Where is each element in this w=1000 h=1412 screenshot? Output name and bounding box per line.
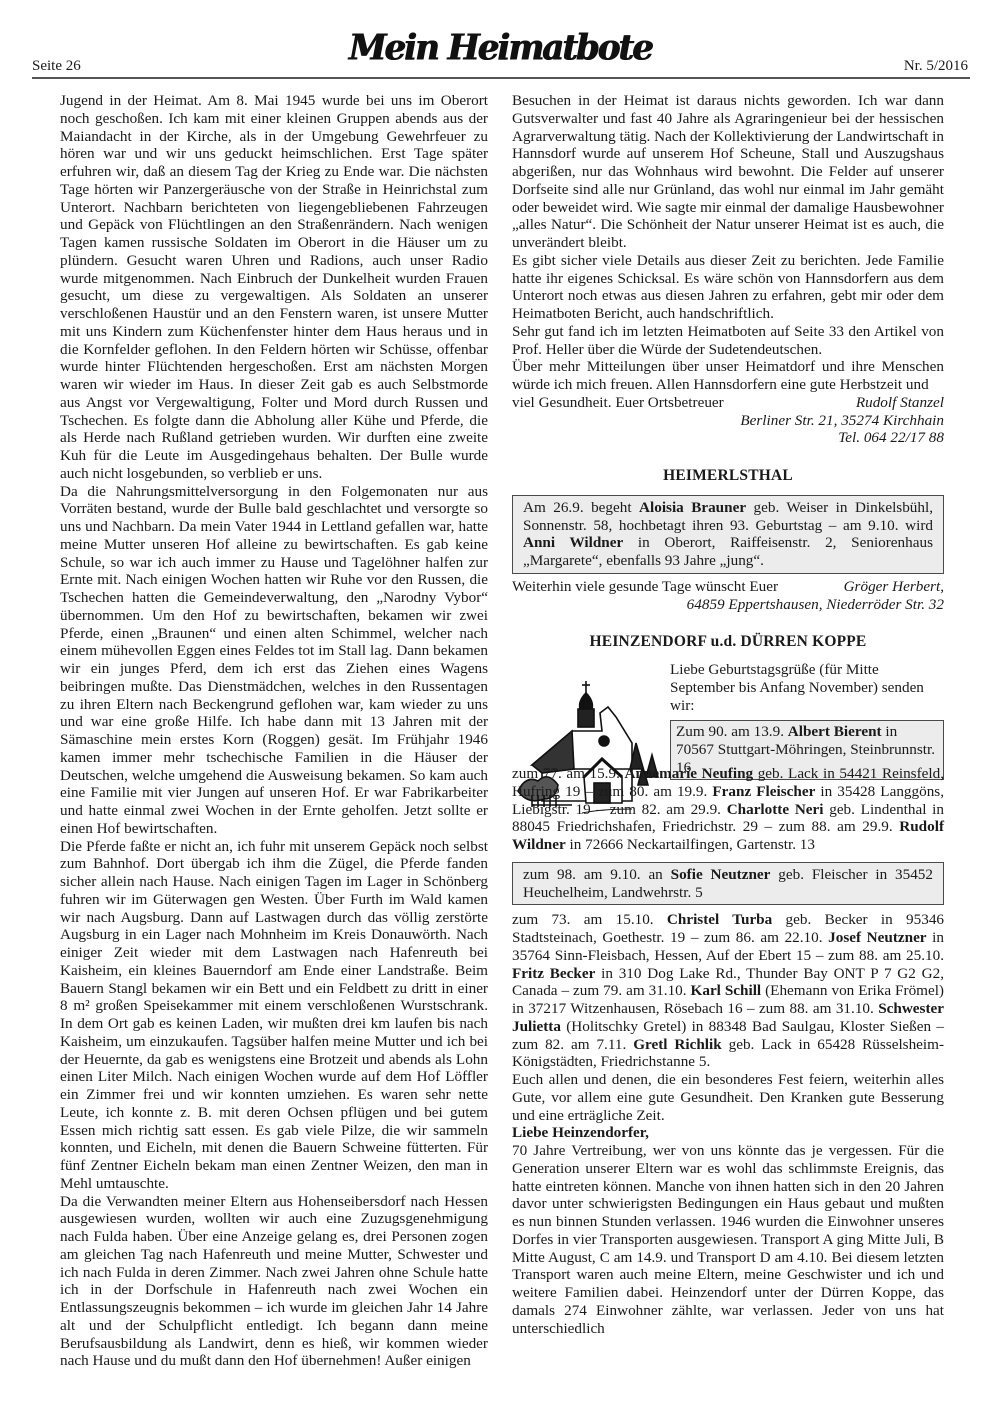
section-title-heinzendorf: HEINZENDORF u.d. DÜRREN KOPPE	[512, 633, 944, 651]
person-name: Aloisia Brauner	[639, 499, 746, 516]
closing-text: viel Gesundheit. Euer Ortsbetreuer	[512, 394, 724, 412]
issue-number: Nr. 5/2016	[904, 58, 968, 75]
person-name: Charlotte Neri	[727, 801, 824, 818]
text: zum 73. am 15.10.	[512, 911, 667, 928]
paragraph: Sehr gut fand ich im letzten Heimatboten…	[512, 323, 944, 359]
paragraph: Es gibt sicher viele Details aus dieser …	[512, 252, 944, 323]
signature-address: 64859 Eppertshausen, Niederröder Str. 32	[512, 596, 944, 614]
paragraph: Besuchen in der Heimat ist daraus nichts…	[512, 92, 944, 252]
paragraph: Jugend in der Heimat. Am 8. Mai 1945 wur…	[60, 92, 488, 483]
birthday-box-98: zum 98. am 9.10. an Sofie Neutzner geb. …	[512, 862, 944, 906]
text: Am 26.9. begeht	[523, 499, 639, 516]
paragraph: Über mehr Mitteilungen über unser Heimat…	[512, 358, 944, 394]
text: zum 77. am 15.9.	[512, 765, 624, 782]
paragraph: Die Pferde faßte er nicht an, ich fuhr m…	[60, 838, 488, 1193]
paragraph: Da die Verwandten meiner Eltern aus Hohe…	[60, 1193, 488, 1371]
signature-address: Berliner Str. 21, 35274 Kirchhain	[512, 412, 944, 430]
person-name: Karl Schill	[691, 982, 762, 999]
signature-name: Rudolf Stanzel	[856, 394, 944, 412]
section-title-heimerlsthal: HEIMERLSTHAL	[512, 467, 944, 485]
text: Zum 90. am 13.9.	[676, 723, 788, 740]
person-name: Albert Bierent	[788, 723, 882, 740]
birthday-list-2: zum 73. am 15.10. Christel Turba geb. Be…	[512, 911, 944, 1071]
person-name: Sofie Neutzner	[671, 866, 771, 883]
closing-line: viel Gesundheit. Euer Ortsbetreuer Rudol…	[512, 394, 944, 412]
birthday-list-1-text: zum 77. am 15.9. Annemarie Neufing geb. …	[512, 765, 944, 854]
paragraph: Da die Nahrungsmittelversorgung in den F…	[60, 483, 488, 838]
letter-greeting: Liebe Heinzendorfer,	[512, 1124, 944, 1142]
person-name: Christel Turba	[667, 911, 772, 928]
masthead-logo: Mein Heimatbote	[349, 27, 652, 69]
person-name: Annemarie Neufing	[624, 765, 753, 782]
signature-name: Gröger Herbert,	[844, 578, 944, 596]
heimerlsthal-closing: Weiterhin viele gesunde Tage wünscht Eue…	[512, 578, 944, 596]
wishes-text: Euch allen und denen, die ein besonderes…	[512, 1071, 944, 1124]
left-column: Jugend in der Heimat. Am 8. Mai 1945 wur…	[60, 92, 488, 1370]
header-rule	[32, 77, 970, 79]
person-name: Anni Wildner	[523, 534, 623, 551]
person-name: Josef Neutzner	[828, 929, 926, 946]
closing-text: Weiterhin viele gesunde Tage wünscht Eue…	[512, 578, 778, 596]
right-column: Besuchen in der Heimat ist daraus nichts…	[512, 92, 944, 1337]
signature-phone: Tel. 064 22/17 88	[512, 429, 944, 447]
person-name: Gretl Richlik	[633, 1036, 721, 1053]
page-header: Seite 26 Mein Heimatbote Nr. 5/2016	[32, 28, 968, 76]
text: zum 98. am 9.10. an	[523, 866, 671, 883]
birthday-box-heimerlsthal: Am 26.9. begeht Aloisia Brauner geb. Wei…	[512, 495, 944, 574]
page-number: Seite 26	[32, 58, 81, 75]
letter-body: 70 Jahre Vertreibung, wer von uns könnte…	[512, 1142, 944, 1337]
text: in 72666 Neckartailfingen, Gartenstr. 13	[566, 836, 815, 853]
person-name: Franz Fleischer	[712, 783, 815, 800]
person-name: Fritz Becker	[512, 965, 595, 982]
intro-text: Liebe Geburtstagsgrüße (für Mitte Septem…	[670, 661, 944, 714]
